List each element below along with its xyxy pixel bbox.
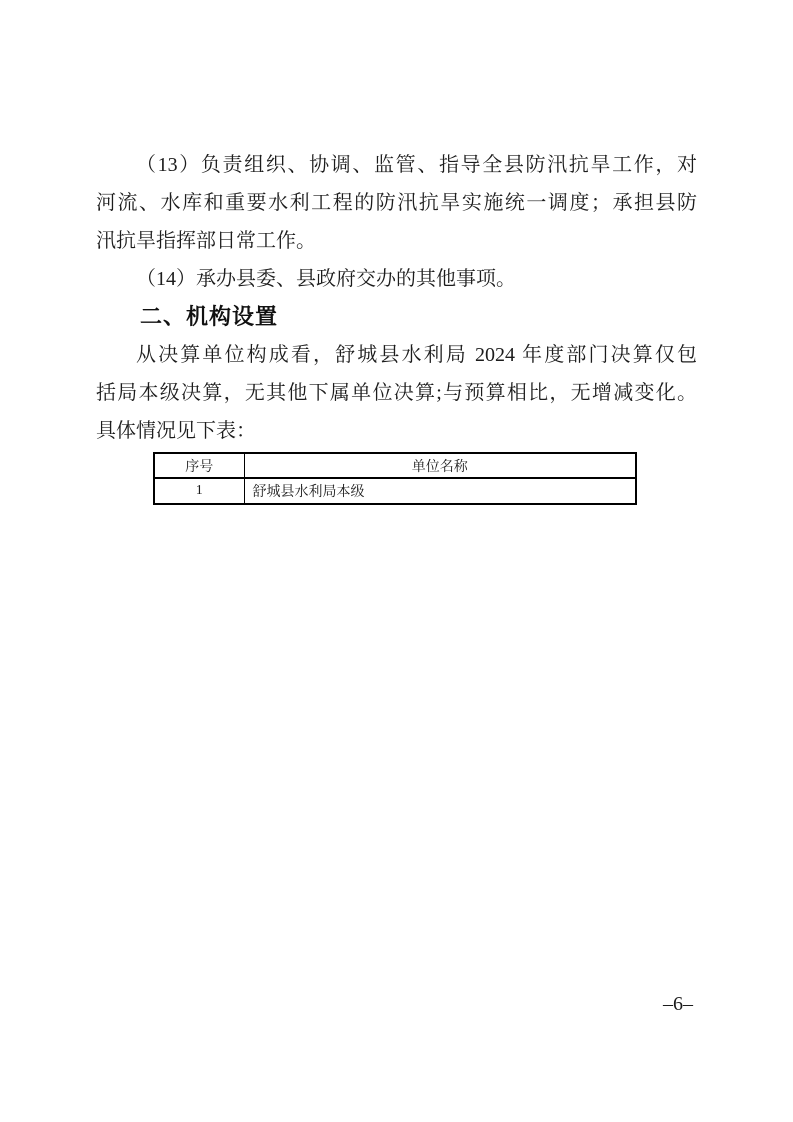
unit-table: 序号 单位名称 1 舒城县水利局本级 <box>153 452 637 505</box>
paragraph-overview: 从决算单位构成看，舒城县水利局 2024 年度部门决算仅包 括局本级决算，无其他… <box>96 336 697 450</box>
table-header-row: 序号 单位名称 <box>154 453 636 478</box>
text-line: 具体情况见下表： <box>96 412 697 450</box>
text-line: 从决算单位构成看，舒城县水利局 2024 年度部门决算仅包 <box>96 336 697 374</box>
paragraph-14: （14）承办县委、县政府交办的其他事项。 <box>96 260 697 298</box>
document-content: （13）负责组织、协调、监管、指导全县防汛抗旱工作，对 河流、水库和重要水利工程… <box>96 146 697 505</box>
table-header-index: 序号 <box>154 453 244 478</box>
document-page: （13）负责组织、协调、监管、指导全县防汛抗旱工作，对 河流、水库和重要水利工程… <box>0 0 793 1122</box>
table-cell-unit-name: 舒城县水利局本级 <box>244 478 636 504</box>
section-heading: 二、机构设置 <box>96 298 697 336</box>
text-line: （13）负责组织、协调、监管、指导全县防汛抗旱工作，对 <box>96 146 697 184</box>
text-line: 汛抗旱指挥部日常工作。 <box>96 222 697 260</box>
page-number: –6– <box>658 992 698 1016</box>
text-line: 括局本级决算，无其他下属单位决算;与预算相比，无增减变化。 <box>96 374 697 412</box>
paragraph-13: （13）负责组织、协调、监管、指导全县防汛抗旱工作，对 河流、水库和重要水利工程… <box>96 146 697 260</box>
table-cell-index: 1 <box>154 478 244 504</box>
text-line: 河流、水库和重要水利工程的防汛抗旱实施统一调度；承担县防 <box>96 184 697 222</box>
table-row: 1 舒城县水利局本级 <box>154 478 636 504</box>
table-header-unit-name: 单位名称 <box>244 453 636 478</box>
